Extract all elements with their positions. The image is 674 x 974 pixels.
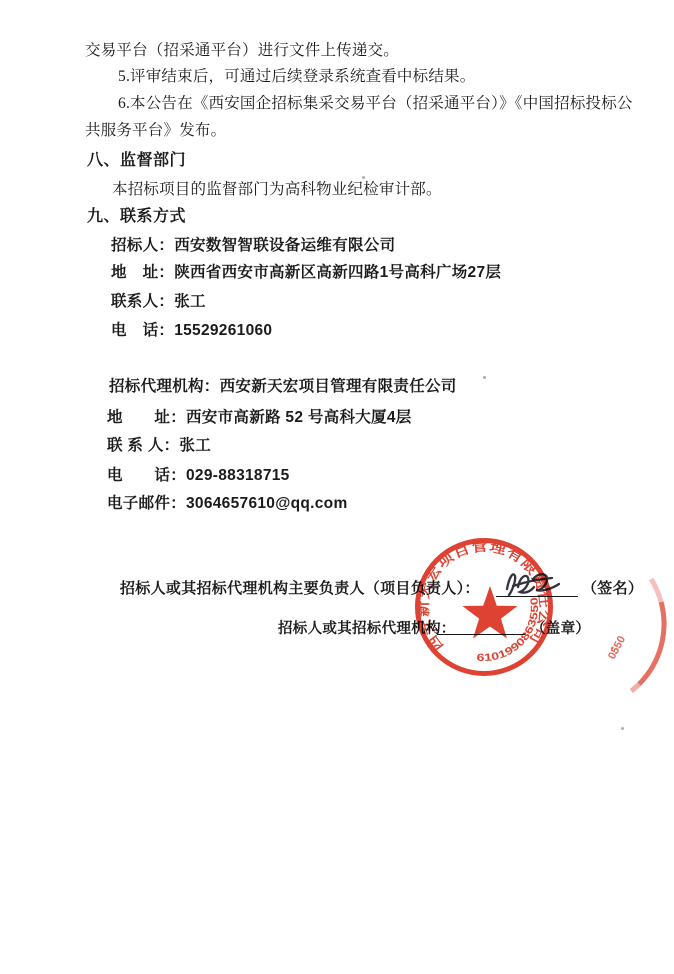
- list-item-6-line2: 共服务平台》发布。: [85, 121, 226, 141]
- document-page: 交易平台（招采通平台）进行文件上传递交。 5.评审结束后，可通过后续登录系统查看…: [0, 0, 674, 974]
- scan-speck: [621, 727, 624, 730]
- agency-phone-line: 电 话：029-88318715: [107, 466, 290, 486]
- scan-speck: [362, 176, 365, 179]
- section-9-heading: 九、联系方式: [87, 207, 186, 227]
- section-8-body: 本招标项目的监督部门为高科物业纪检审计部。: [112, 180, 442, 200]
- section-8-heading: 八、监督部门: [87, 151, 186, 171]
- seal-company-name: 西安新天宏项目管理有限责任公司: [414, 537, 555, 655]
- scan-speck: [483, 376, 486, 379]
- agency-contact-line: 联 系 人：张工: [107, 436, 211, 456]
- list-item-6-line1: 6.本公告在《西安国企招标集采交易平台（招采通平台）》《中国招标投标公: [118, 94, 633, 114]
- company-seal: 西安新天宏项目管理有限责任公司 6101990863550: [409, 532, 559, 682]
- partial-seal-code: 0550: [606, 634, 628, 661]
- body-paragraph-upload: 交易平台（招采通平台）进行文件上传递交。: [85, 41, 399, 61]
- seal-speck: [611, 647, 614, 650]
- tenderer-contact-line: 联系人：张工: [111, 292, 206, 312]
- tenderer-name-line: 招标人：西安数智智联设备运维有限公司: [111, 236, 395, 256]
- tenderer-phone-line: 电 话：15529261060: [111, 321, 272, 341]
- star-icon: [462, 586, 517, 639]
- seal-speck: [615, 652, 617, 654]
- partial-seal: 0550: [550, 550, 674, 750]
- partial-seal-arc: [631, 579, 664, 691]
- svg-text:西安新天宏项目管理有限责任公司: 西安新天宏项目管理有限责任公司: [414, 537, 555, 655]
- agency-name-line: 招标代理机构：西安新天宏项目管理有限责任公司: [109, 377, 457, 397]
- agency-email-line: 电子邮件：3064657610@qq.com: [107, 494, 348, 514]
- agency-address-line: 地 址：西安市高新路 52 号高科大厦4层: [107, 408, 412, 428]
- tenderer-address-line: 地 址：陕西省西安市高新区高新四路1号高科广场27层: [111, 263, 501, 283]
- list-item-5: 5.评审结束后，可通过后续登录系统查看中标结果。: [118, 67, 475, 87]
